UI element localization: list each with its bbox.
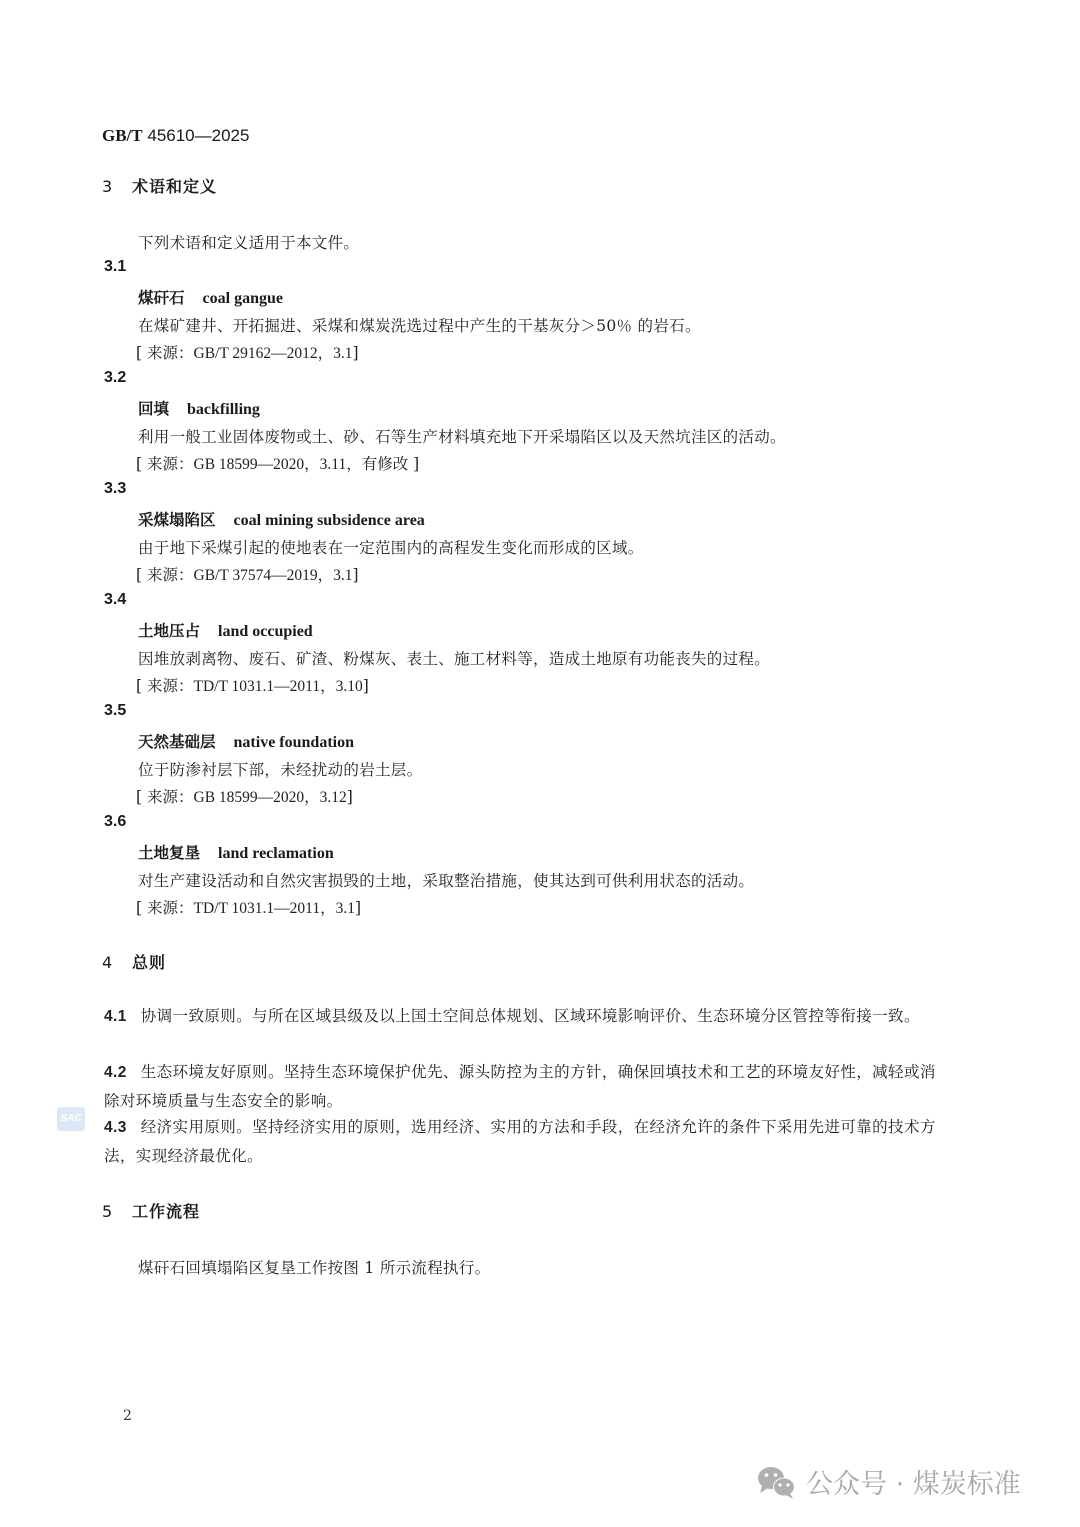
term-number: 3.6 bbox=[104, 813, 126, 831]
term-title: 土地复垦land reclamation bbox=[138, 841, 334, 863]
term-title: 煤矸石coal gangue bbox=[138, 286, 283, 308]
section-3-title: 术语和定义 bbox=[132, 177, 217, 196]
term-definition: 由于地下采煤引起的使地表在一定范围内的高程发生变化而形成的区域。 bbox=[138, 536, 644, 558]
standard-number: 45610—2025 bbox=[147, 126, 249, 145]
section-5-title: 工作流程 bbox=[132, 1202, 200, 1221]
section-4-title: 总则 bbox=[132, 953, 166, 972]
wechat-watermark: 公众号 · 煤炭标准 bbox=[756, 1462, 1021, 1501]
term-number: 3.4 bbox=[104, 591, 126, 609]
term-title: 回填backfilling bbox=[138, 397, 260, 419]
clause-4-1: 4.1协调一致原则。与所在区域县级及以上国土空间总体规划、区域环境影响评价、生态… bbox=[104, 1002, 944, 1031]
term-number: 3.5 bbox=[104, 702, 126, 720]
term-source: [ 来源：GB 18599—2020，3.11，有修改 ] bbox=[136, 452, 419, 474]
term-definition: 对生产建设活动和自然灾害损毁的土地，采取整治措施，使其达到可供利用状态的活动。 bbox=[138, 869, 754, 891]
term-definition: 利用一般工业固体废物或土、砂、石等生产材料填充地下开采塌陷区以及天然坑洼区的活动… bbox=[138, 425, 786, 447]
term-title: 土地压占land occupied bbox=[138, 619, 313, 641]
term-number: 3.1 bbox=[104, 258, 126, 276]
page-number: 2 bbox=[123, 1408, 132, 1424]
standard-code: GB/T 45610—2025 bbox=[102, 126, 249, 146]
term-definition: 在煤矿建井、开拓掘进、采煤和煤炭洗选过程中产生的干基灰分＞50％ 的岩石。 bbox=[138, 314, 701, 336]
term-source: [ 来源：TD/T 1031.1—2011，3.10] bbox=[136, 674, 369, 696]
section-3-heading: 3术语和定义 bbox=[102, 174, 217, 197]
term-number: 3.2 bbox=[104, 369, 126, 387]
term-source: [ 来源：GB 18599—2020，3.12] bbox=[136, 785, 353, 807]
clause-4-2: 4.2生态环境友好原则。坚持生态环境保护优先、源头防控为主的方针，确保回填技术和… bbox=[104, 1058, 944, 1115]
section-5-text: 煤矸石回填塌陷区复垦工作按图 1 所示流程执行。 bbox=[138, 1256, 490, 1278]
clause-4-3: 4.3经济实用原则。坚持经济实用的原则，选用经济、实用的方法和手段，在经济允许的… bbox=[104, 1113, 944, 1170]
term-title: 采煤塌陷区coal mining subsidence area bbox=[138, 508, 425, 530]
term-source: [ 来源：GB/T 37574—2019，3.1] bbox=[136, 563, 359, 585]
term-number: 3.3 bbox=[104, 480, 126, 498]
section-5-heading: 5工作流程 bbox=[102, 1199, 200, 1222]
term-definition: 位于防渗衬层下部，未经扰动的岩土层。 bbox=[138, 758, 422, 780]
standard-prefix: GB/T bbox=[102, 126, 143, 145]
term-source: [ 来源：TD/T 1031.1—2011，3.1] bbox=[136, 896, 361, 918]
wechat-icon bbox=[756, 1464, 798, 1500]
section-4-heading: 4总则 bbox=[102, 950, 166, 973]
term-title: 天然基础层native foundation bbox=[138, 730, 354, 752]
term-definition: 因堆放剥离物、废石、矿渣、粉煤灰、表土、施工材料等，造成土地原有功能丧失的过程。 bbox=[138, 647, 770, 669]
sac-logo: SAC bbox=[57, 1107, 85, 1131]
term-source: [ 来源：GB/T 29162—2012，3.1] bbox=[136, 341, 359, 363]
section-3-intro: 下列术语和定义适用于本文件。 bbox=[138, 231, 359, 253]
watermark-text: 公众号 · 煤炭标准 bbox=[806, 1462, 1021, 1501]
